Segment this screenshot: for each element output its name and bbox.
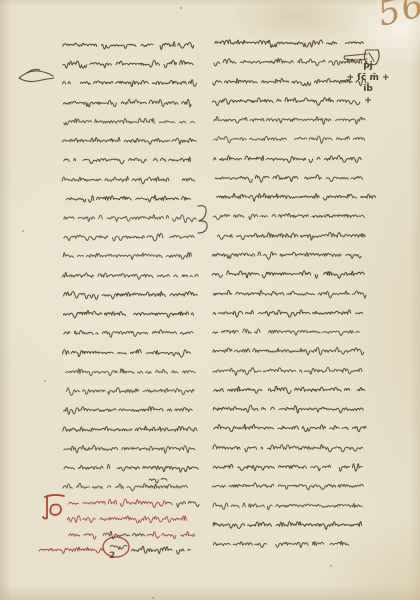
script-line — [63, 99, 191, 107]
script-line — [39, 547, 104, 553]
margin-note-line: + ſc̄ m̄ + — [342, 73, 394, 85]
script-line — [110, 545, 127, 549]
right-manicula-icon — [345, 54, 367, 56]
script-line — [63, 42, 197, 50]
script-line — [213, 405, 363, 413]
gutter-mark-icon — [198, 221, 207, 233]
parchment-speck — [22, 230, 24, 232]
script-line — [69, 499, 166, 507]
script-line — [66, 369, 196, 376]
script-line — [214, 424, 366, 431]
script-line — [132, 546, 191, 554]
script-line — [64, 233, 194, 241]
script-line — [213, 464, 362, 472]
script-line — [63, 349, 195, 357]
script-line — [64, 157, 193, 164]
right-manicula-icon — [369, 53, 374, 61]
script-line — [215, 40, 364, 48]
script-line — [149, 478, 167, 483]
script-line — [64, 406, 193, 414]
parchment-speck — [44, 380, 46, 382]
circled-mark-label: 2 — [109, 551, 115, 561]
parchment-speck — [180, 7, 182, 9]
script-line — [69, 533, 109, 539]
script-line — [213, 522, 365, 530]
script-line — [213, 347, 369, 355]
script-line — [64, 464, 198, 472]
script-line — [213, 290, 366, 298]
script-line — [67, 388, 194, 396]
script-line — [64, 291, 198, 299]
script-line — [214, 155, 362, 162]
script-line — [213, 445, 363, 452]
left-manicula-icon — [19, 71, 53, 78]
script-line — [218, 232, 366, 240]
script-line — [63, 272, 198, 279]
script-line — [64, 118, 195, 125]
margin-note-line: + — [342, 96, 394, 108]
script-line — [68, 516, 191, 523]
margin-note: ṗj + ſc̄ m̄ + ib̄ + — [342, 61, 394, 107]
script-line — [213, 367, 362, 375]
script-line — [217, 193, 376, 201]
script-line — [63, 60, 193, 68]
rubric-initial — [50, 505, 61, 516]
margin-note-line: ṗj — [342, 61, 394, 73]
parchment-speck — [152, 597, 154, 599]
script-line — [212, 252, 361, 259]
script-line — [213, 214, 364, 220]
script-line — [147, 532, 195, 539]
script-line — [214, 386, 365, 393]
manuscript-page: 56 ṗj + ſc̄ m̄ + ib̄ + 2 — [0, 0, 420, 600]
script-line — [215, 175, 365, 183]
script-line — [212, 271, 364, 279]
script-line — [214, 116, 365, 124]
script-line — [213, 503, 362, 510]
script-line — [213, 541, 348, 547]
script-line — [66, 195, 190, 202]
script-line — [63, 137, 197, 144]
circled-mark — [103, 537, 129, 557]
script-line — [64, 215, 196, 223]
script-line — [63, 311, 193, 318]
parchment-speck — [330, 565, 332, 567]
script-line — [212, 97, 360, 105]
script-line — [64, 330, 193, 337]
script-line — [64, 445, 195, 453]
script-line — [110, 531, 145, 539]
margin-note-line: ib̄ — [342, 84, 394, 96]
script-line — [63, 426, 197, 431]
right-manicula-icon — [344, 56, 345, 59]
script-line — [63, 483, 187, 491]
script-line — [166, 501, 199, 507]
script-line — [213, 329, 360, 336]
left-manicula-icon — [19, 78, 54, 82]
script-line — [63, 253, 191, 260]
script-line — [214, 136, 365, 143]
gutter-mark-icon — [198, 206, 206, 221]
script-line — [63, 80, 197, 87]
script-line — [213, 310, 362, 317]
script-line — [62, 177, 195, 184]
script-line — [212, 483, 363, 490]
right-manicula-icon — [345, 59, 367, 60]
